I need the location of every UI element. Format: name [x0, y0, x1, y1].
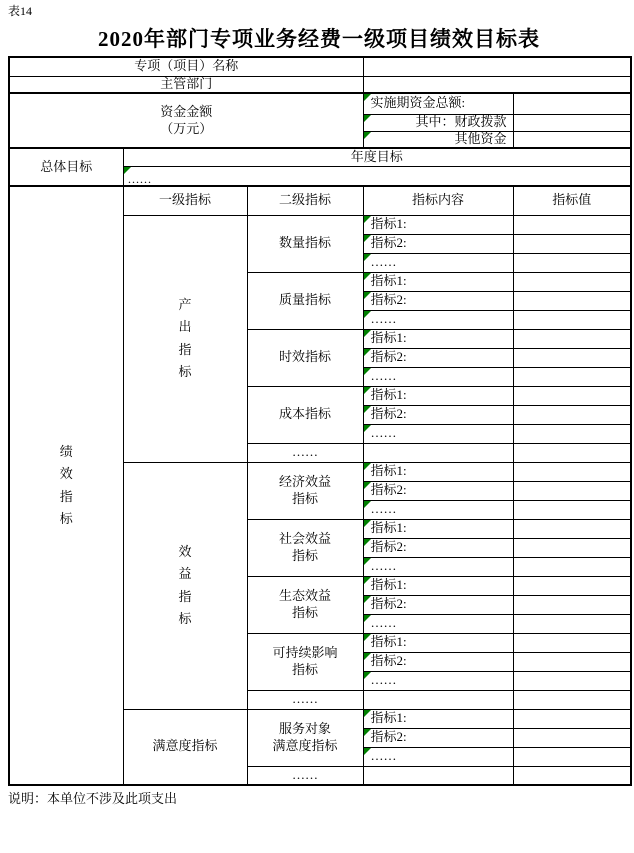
indicator-value-cell[interactable] — [513, 595, 631, 614]
flag-icon — [364, 94, 371, 101]
flag-icon — [364, 596, 371, 603]
sub-indicator-quantity-cell: 数量指标 — [247, 215, 363, 272]
flag-icon — [364, 501, 371, 508]
indicator-content-cell[interactable]: …… — [363, 500, 513, 519]
indicator-value-cell[interactable] — [513, 386, 631, 405]
flag-icon — [364, 558, 371, 565]
indicator-content-cell[interactable]: 指标1: — [363, 519, 513, 538]
indicator-content-cell[interactable]: 指标1: — [363, 462, 513, 481]
indicator-value-cell[interactable] — [513, 671, 631, 690]
indicator-value-cell[interactable] — [513, 405, 631, 424]
indicator-content-cell[interactable]: …… — [363, 424, 513, 443]
indicator-value-cell[interactable] — [513, 633, 631, 652]
document-page: 表14 2020年部门专项业务经费一级项目绩效目标表 专项（项目）名称 主管部门… — [0, 0, 630, 806]
sub-indicator-ellipsis-cell: …… — [247, 443, 363, 462]
sub-indicator-ellipsis-cell: …… — [247, 690, 363, 709]
indicator-value-cell[interactable] — [513, 310, 631, 329]
flag-icon — [124, 167, 131, 174]
indicator-value-cell[interactable] — [513, 519, 631, 538]
flag-icon — [364, 235, 371, 242]
benefit-indicator-cell: 效益指标 — [123, 462, 247, 709]
footnote: 说明：本单位不涉及此项支出 — [8, 791, 630, 806]
indicator-content-cell[interactable]: …… — [363, 747, 513, 766]
flag-icon — [364, 425, 371, 432]
flag-icon — [364, 729, 371, 736]
flag-icon — [364, 463, 371, 470]
flag-icon — [364, 349, 371, 356]
table-tag: 表14 — [8, 4, 630, 19]
indicator-content-cell[interactable]: 指标2: — [363, 234, 513, 253]
indicator-value-cell[interactable] — [513, 652, 631, 671]
indicator-content-cell[interactable]: 指标1: — [363, 576, 513, 595]
indicator-content-cell[interactable]: 指标2: — [363, 538, 513, 557]
indicator-content-cell[interactable]: 指标1: — [363, 272, 513, 291]
indicator-value-cell[interactable] — [513, 329, 631, 348]
flag-icon — [364, 330, 371, 337]
fund-amount-label-cell: 资金金额 （万元） — [9, 93, 363, 148]
header-level1-cell: 一级指标 — [123, 186, 247, 215]
flag-icon — [364, 482, 371, 489]
fund-amount-label-line1: 资金金额 — [10, 104, 363, 120]
indicator-value-cell[interactable] — [513, 348, 631, 367]
flag-icon — [364, 273, 371, 280]
flag-icon — [364, 539, 371, 546]
indicator-value-cell[interactable] — [513, 728, 631, 747]
indicator-content-cell[interactable]: 指标1: — [363, 386, 513, 405]
indicator-content-cell[interactable]: 指标2: — [363, 728, 513, 747]
flag-icon — [364, 311, 371, 318]
project-name-value-cell[interactable] — [363, 57, 631, 76]
indicator-value-cell[interactable] — [513, 272, 631, 291]
fund-total-label-cell: 实施期资金总额: — [363, 93, 513, 114]
flag-icon — [364, 115, 371, 122]
flag-icon — [364, 368, 371, 375]
indicator-content-cell[interactable]: 指标2: — [363, 481, 513, 500]
indicator-value-cell[interactable] — [513, 709, 631, 728]
indicator-value-cell[interactable] — [513, 215, 631, 234]
indicator-content-empty-cell[interactable] — [363, 443, 513, 462]
flag-icon — [364, 406, 371, 413]
indicator-content-cell[interactable]: 指标2: — [363, 348, 513, 367]
flag-icon — [364, 634, 371, 641]
indicator-value-cell[interactable] — [513, 576, 631, 595]
sub-indicator-sustainable-cell: 可持续影响指标 — [247, 633, 363, 690]
fund-fiscal-value-cell[interactable] — [513, 114, 631, 131]
fund-other-value-cell[interactable] — [513, 131, 631, 148]
annual-goal-header-cell: 年度目标 — [123, 148, 631, 166]
indicator-value-cell[interactable] — [513, 557, 631, 576]
sub-indicator-ellipsis-cell: …… — [247, 766, 363, 785]
indicator-content-cell[interactable]: 指标1: — [363, 215, 513, 234]
page-title: 2020年部门专项业务经费一级项目绩效目标表 — [8, 27, 630, 51]
fund-other-label-cell: 其他资金 — [363, 131, 513, 148]
annual-goal-value-cell[interactable]: …… — [123, 166, 631, 186]
indicator-value-cell[interactable] — [513, 291, 631, 310]
performance-indicator-label-cell: 绩效指标 — [9, 186, 123, 785]
indicator-value-cell[interactable] — [513, 614, 631, 633]
department-label-cell: 主管部门 — [9, 76, 363, 93]
indicator-content-cell[interactable]: 指标1: — [363, 709, 513, 728]
project-name-label-cell: 专项（项目）名称 — [9, 57, 363, 76]
indicator-value-cell[interactable] — [513, 234, 631, 253]
fund-fiscal-label-cell: 其中：财政拨款 — [363, 114, 513, 131]
sub-indicator-cost-cell: 成本指标 — [247, 386, 363, 443]
indicator-value-cell[interactable] — [513, 500, 631, 519]
indicator-content-cell[interactable]: 指标2: — [363, 291, 513, 310]
flag-icon — [364, 653, 371, 660]
indicator-value-cell[interactable] — [513, 766, 631, 785]
fund-total-value-cell[interactable] — [513, 93, 631, 114]
indicator-content-cell[interactable]: …… — [363, 310, 513, 329]
flag-icon — [364, 577, 371, 584]
indicator-content-empty-cell[interactable] — [363, 690, 513, 709]
indicator-content-cell[interactable]: 指标2: — [363, 595, 513, 614]
department-value-cell[interactable] — [363, 76, 631, 93]
flag-icon — [364, 615, 371, 622]
flag-icon — [364, 520, 371, 527]
indicator-value-cell[interactable] — [513, 443, 631, 462]
flag-icon — [364, 216, 371, 223]
indicator-content-cell[interactable]: …… — [363, 253, 513, 272]
sub-indicator-timeliness-cell: 时效指标 — [247, 329, 363, 386]
indicator-content-empty-cell[interactable] — [363, 766, 513, 785]
flag-icon — [364, 748, 371, 755]
indicator-content-cell[interactable]: 指标2: — [363, 405, 513, 424]
sub-indicator-quality-cell: 质量指标 — [247, 272, 363, 329]
indicator-value-cell[interactable] — [513, 747, 631, 766]
header-content-cell: 指标内容 — [363, 186, 513, 215]
indicator-value-cell[interactable] — [513, 690, 631, 709]
flag-icon — [364, 254, 371, 261]
header-level2-cell: 二级指标 — [247, 186, 363, 215]
indicator-content-cell[interactable]: …… — [363, 367, 513, 386]
fund-amount-label-line2: （万元） — [10, 121, 363, 137]
indicator-content-cell[interactable]: …… — [363, 614, 513, 633]
overall-goal-label-cell: 总体目标 — [9, 148, 123, 186]
flag-icon — [364, 710, 371, 717]
flag-icon — [364, 292, 371, 299]
indicator-value-cell[interactable] — [513, 462, 631, 481]
indicator-content-cell[interactable]: 指标2: — [363, 652, 513, 671]
indicator-value-cell[interactable] — [513, 253, 631, 272]
indicator-content-cell[interactable]: …… — [363, 557, 513, 576]
sub-indicator-economic-cell: 经济效益指标 — [247, 462, 363, 519]
indicator-value-cell[interactable] — [513, 367, 631, 386]
flag-icon — [364, 672, 371, 679]
satisfaction-indicator-cell: 满意度指标 — [123, 709, 247, 785]
sub-indicator-ecological-cell: 生态效益指标 — [247, 576, 363, 633]
flag-icon — [364, 387, 371, 394]
indicator-value-cell[interactable] — [513, 538, 631, 557]
indicator-content-cell[interactable]: …… — [363, 671, 513, 690]
output-indicator-cell: 产出指标 — [123, 215, 247, 462]
header-value-cell: 指标值 — [513, 186, 631, 215]
indicator-content-cell[interactable]: 指标1: — [363, 633, 513, 652]
indicator-content-cell[interactable]: 指标1: — [363, 329, 513, 348]
indicator-value-cell[interactable] — [513, 481, 631, 500]
performance-target-table: 专项（项目）名称 主管部门 资金金额 （万元） 实施期资金总额: 其中：财政拨款 — [8, 56, 632, 786]
sub-indicator-service-cell: 服务对象满意度指标 — [247, 709, 363, 766]
sub-indicator-social-cell: 社会效益指标 — [247, 519, 363, 576]
indicator-value-cell[interactable] — [513, 424, 631, 443]
flag-icon — [364, 132, 371, 139]
